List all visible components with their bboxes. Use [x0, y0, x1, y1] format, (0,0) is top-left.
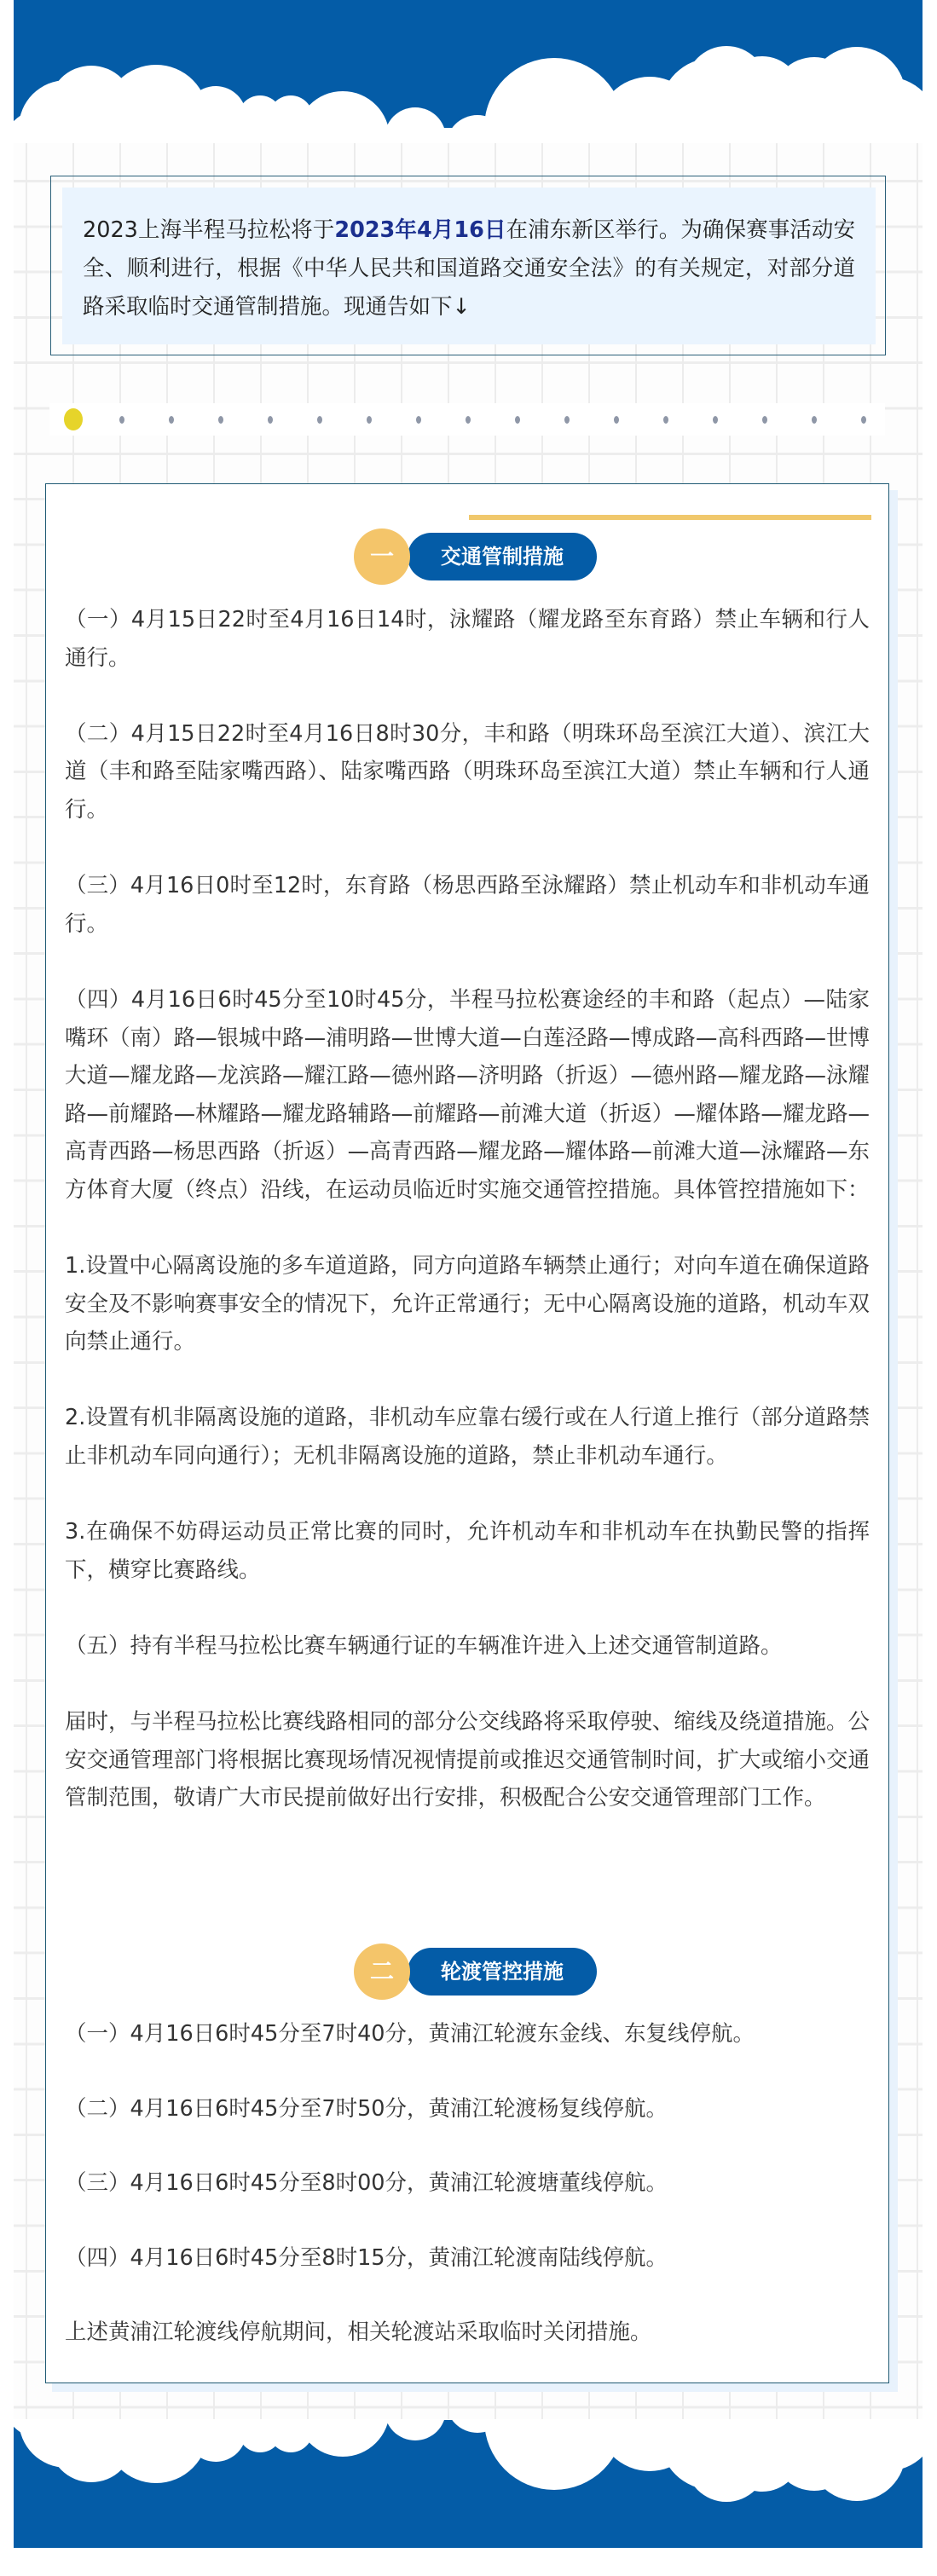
- section-header-ferry-control: 二 轮渡管控措施: [354, 1944, 601, 2000]
- paragraph: （三）4月16日6时45分至8时00分，黄浦江轮渡塘董线停航。: [65, 2165, 870, 2203]
- paragraph: （四）4月16日6时45分至8时15分，黄浦江轮渡南陆线停航。: [65, 2240, 870, 2278]
- section-body-ferry-control: （一）4月16日6时45分至7时40分，黄浦江轮渡东金线、东复线停航。 （二）4…: [65, 2016, 870, 2352]
- intro-notice-panel: 2023上海半程马拉松将于2023年4月16日在浦东新区举行。为确保赛事活动安全…: [62, 188, 876, 344]
- indicator-dot[interactable]: [762, 416, 767, 424]
- carousel-indicator: [49, 403, 885, 436]
- indicator-dot[interactable]: [812, 416, 817, 424]
- section-body-traffic-control: （一）4月15日22时至4月16日14时，泳耀路（耀龙路至东育路）禁止车辆和行人…: [65, 601, 870, 1817]
- indicator-dot[interactable]: [119, 416, 124, 424]
- indicator-dot[interactable]: [713, 416, 718, 424]
- paragraph: （二）4月15日22时至4月16日8时30分，丰和路（明珠环岛至滨江大道）、滨江…: [65, 715, 870, 829]
- paragraph: （五）持有半程马拉松比赛车辆通行证的车辆准许进入上述交通管制道路。: [65, 1627, 870, 1666]
- paragraph: （二）4月16日6时45分至7时50分，黄浦江轮渡杨复线停航。: [65, 2091, 870, 2128]
- indicator-dot[interactable]: [169, 416, 174, 424]
- cloud-illustration: [14, 2419, 923, 2548]
- section-number-badge: 二: [354, 1944, 410, 2000]
- main-content-box: 一 交通管制措施 （一）4月15日22时至4月16日14时，泳耀路（耀龙路至东育…: [45, 483, 889, 2383]
- paragraph: 3.在确保不妨碍运动员正常比赛的同时，允许机动车和非机动车在执勤民警的指挥下，横…: [65, 1513, 870, 1589]
- indicator-dot[interactable]: [416, 416, 421, 424]
- indicator-dot[interactable]: [515, 416, 520, 424]
- intro-text-before: 2023上海半程马拉松将于: [83, 217, 334, 243]
- intro-notice-text: 2023上海半程马拉松将于2023年4月16日在浦东新区举行。为确保赛事活动安全…: [83, 211, 855, 326]
- indicator-dot-active[interactable]: [64, 408, 83, 430]
- paragraph: （一）4月15日22时至4月16日14时，泳耀路（耀龙路至东育路）禁止车辆和行人…: [65, 601, 870, 677]
- paragraph: 上述黄浦江轮渡线停航期间，相关轮渡站采取临时关闭措施。: [65, 2314, 870, 2352]
- paragraph: 届时，与半程马拉松比赛线路相同的部分公交线路将采取停驶、缩线及绕道措施。公安交通…: [65, 1703, 870, 1817]
- footer-cloud-banner: [14, 2419, 923, 2548]
- indicator-dot[interactable]: [663, 416, 668, 424]
- section-title: 交通管制措施: [408, 533, 597, 580]
- indicator-dot[interactable]: [268, 416, 273, 424]
- paragraph: （一）4月16日6时45分至7时40分，黄浦江轮渡东金线、东复线停航。: [65, 2016, 870, 2053]
- section-header-traffic-control: 一 交通管制措施: [354, 528, 601, 585]
- intro-notice-box: 2023上海半程马拉松将于2023年4月16日在浦东新区举行。为确保赛事活动安全…: [50, 176, 886, 355]
- event-date-highlight: 2023年4月16日: [334, 217, 506, 243]
- indicator-dot[interactable]: [466, 416, 471, 424]
- section-title: 轮渡管控措施: [408, 1948, 597, 1996]
- paragraph: （四）4月16日6时45分至10时45分，半程马拉松赛途经的丰和路（起点）—陆家…: [65, 981, 870, 1210]
- paragraph: 2.设置有机非隔离设施的道路，非机动车应靠右缓行或在人行道上推行（部分道路禁止非…: [65, 1399, 870, 1475]
- cloud-illustration: [14, 0, 923, 143]
- indicator-dot[interactable]: [367, 416, 372, 424]
- indicator-dot[interactable]: [317, 416, 322, 424]
- accent-divider: [469, 515, 871, 520]
- indicator-dot[interactable]: [564, 416, 570, 424]
- indicator-dot[interactable]: [861, 416, 866, 424]
- paragraph: 1.设置中心隔离设施的多车道道路，同方向道路车辆禁止通行；对向车道在确保道路安全…: [65, 1247, 870, 1361]
- paragraph: （三）4月16日0时至12时，东育路（杨思西路至泳耀路）禁止机动车和非机动车通行…: [65, 867, 870, 943]
- section-number-badge: 一: [354, 528, 410, 585]
- indicator-dot[interactable]: [218, 416, 223, 424]
- header-cloud-banner: [14, 0, 923, 143]
- indicator-dot[interactable]: [614, 416, 619, 424]
